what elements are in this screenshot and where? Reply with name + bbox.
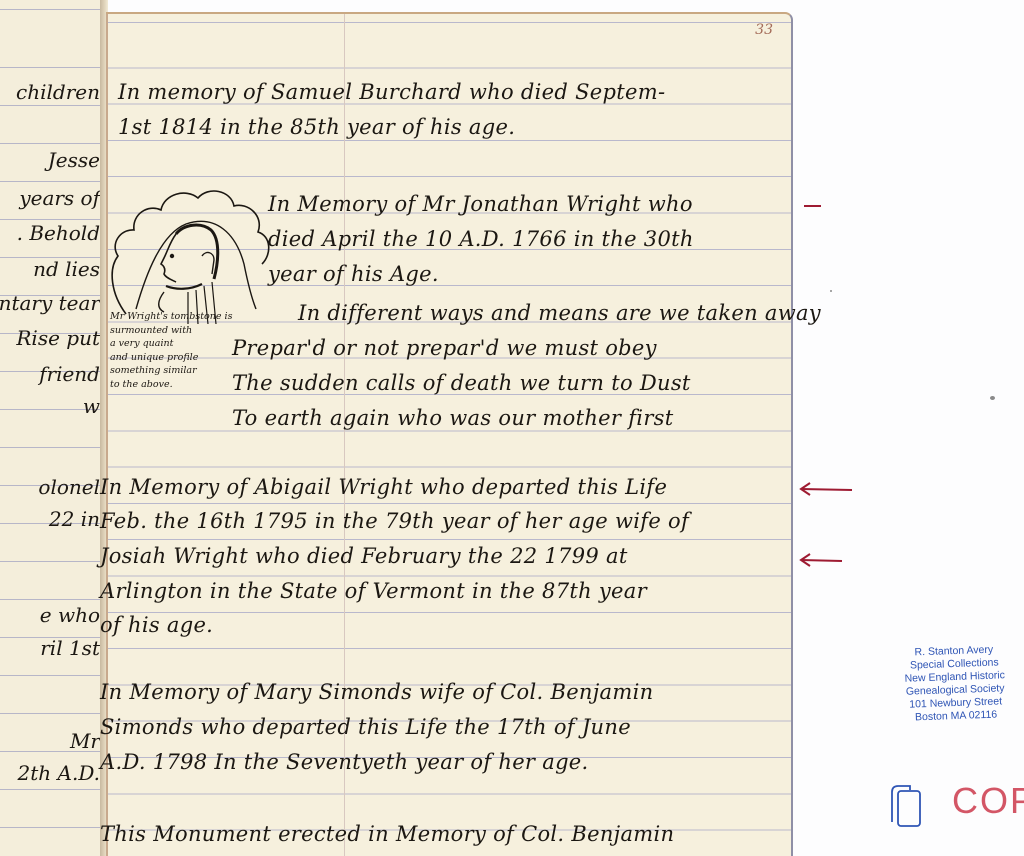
- left-page-fragment: years of: [19, 186, 100, 210]
- left-page-fragment: ntary tear: [0, 291, 100, 315]
- left-page-fragment: Jesse: [48, 148, 100, 172]
- left-page-fragment: Rise put: [16, 326, 100, 350]
- left-page-fragment: Mr: [70, 729, 100, 753]
- margin-note-line: something similar: [110, 364, 228, 378]
- left-page-edge: childrenJesseyears of. Beholdnd liesntar…: [0, 0, 104, 856]
- left-page-fragment: w: [83, 394, 100, 418]
- epitaph-line: The sudden calls of death we turn to Dus…: [232, 371, 691, 395]
- dust-speck: [990, 396, 995, 400]
- entry-line: Simonds who departed this Life the 17th …: [100, 715, 631, 739]
- copy-stamp: COP: [952, 780, 1024, 822]
- entry-line: died April the 10 A.D. 1766 in the 30th: [268, 227, 694, 251]
- entry-line: A.D. 1798 In the Seventyeth year of her …: [100, 750, 589, 774]
- entry-line: of his age.: [100, 613, 213, 637]
- margin-note-line: to the above.: [110, 378, 228, 392]
- dust-speck: [830, 290, 832, 292]
- page-number: 33: [755, 22, 773, 38]
- margin-note: Mr Wright's tombstone issurmounted witha…: [110, 310, 228, 391]
- epitaph-line: Prepar'd or not prepar'd we must obey: [232, 336, 657, 360]
- left-page-fragment: children: [16, 80, 100, 104]
- entry-line: In Memory of Abigail Wright who departed…: [100, 475, 667, 499]
- left-page-fragment: friend: [39, 362, 100, 386]
- entry-line: year of his Age.: [268, 262, 439, 286]
- profile-portrait-sketch-icon: [106, 174, 276, 324]
- margin-note-line: and unique profile: [110, 351, 228, 365]
- left-page-fragment: . Behold: [17, 221, 100, 245]
- entry-line: 1st 1814 in the 85th year of his age.: [118, 115, 515, 139]
- left-page-fragment: 22 in: [49, 507, 100, 531]
- left-page-fragment: nd lies: [33, 257, 100, 281]
- entry-line: In Memory of Mary Simonds wife of Col. B…: [100, 680, 653, 704]
- entry-line: This Monument erected in Memory of Col. …: [100, 822, 674, 846]
- left-page-fragment: 2th A.D.: [18, 761, 100, 785]
- epitaph-line: To earth again who was our mother first: [232, 406, 673, 430]
- red-dash-mark-icon: [803, 203, 823, 209]
- entry-line: In Memory of Mr Jonathan Wright who: [268, 192, 693, 216]
- entry-line: In memory of Samuel Burchard who died Se…: [118, 80, 665, 104]
- margin-note-line: a very quaint: [110, 337, 228, 351]
- entry-line: Josiah Wright who died February the 22 1…: [100, 544, 628, 568]
- epitaph-line: In different ways and means are we taken…: [298, 301, 821, 325]
- margin-note-line: surmounted with: [110, 324, 228, 338]
- margin-note-line: Mr Wright's tombstone is: [110, 310, 228, 324]
- copy-documents-icon: [888, 782, 924, 830]
- entry-line: Feb. the 16th 1795 in the 79th year of h…: [100, 509, 689, 533]
- entry-line: Arlington in the State of Vermont in the…: [100, 579, 647, 603]
- left-page-fragment: ril 1st: [40, 636, 100, 660]
- library-stamp: R. Stanton Avery Special Collections New…: [879, 642, 1024, 725]
- red-arrow-left-icon: [798, 553, 844, 567]
- left-page-fragment: olonel: [38, 475, 100, 499]
- left-page-fragment: e who: [40, 603, 100, 627]
- red-arrow-left-icon: [798, 482, 854, 496]
